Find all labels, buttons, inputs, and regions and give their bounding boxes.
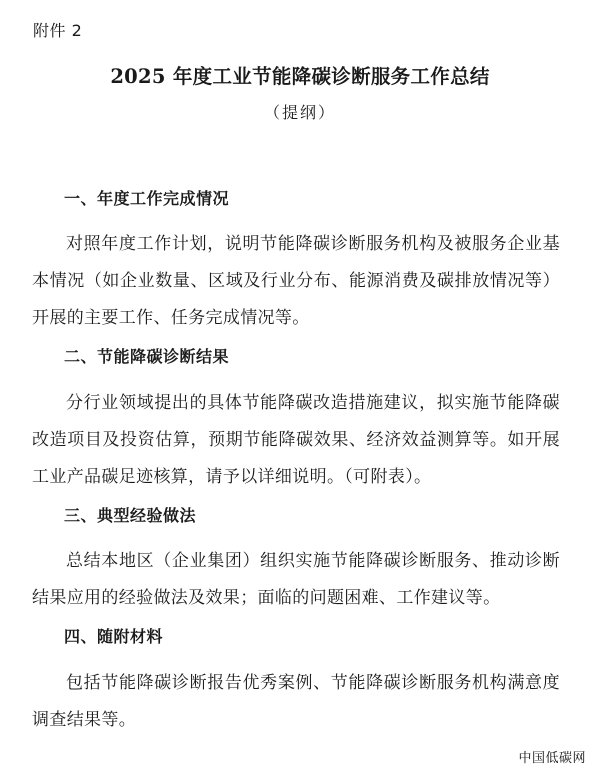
- section-heading: 一、年度工作完成情况: [64, 188, 229, 210]
- section-body: 总结本地区（企业集团）组织实施节能降碳诊断服务、推动诊断结果应用的经验做法及效果…: [32, 543, 560, 617]
- section-body: 包括节能降碳诊断报告优秀案例、节能降碳诊断服务机构满意度调查结果等。: [32, 665, 560, 739]
- site-watermark: 中国低碳网: [518, 750, 586, 768]
- document-subtitle: （提纲）: [0, 102, 600, 124]
- section-heading: 四、随附材料: [64, 626, 163, 648]
- section-body: 分行业领域提出的具体节能降碳改造措施建议，拟实施节能降碳改造项目及投资估算，预期…: [32, 385, 560, 496]
- document-title: 2025 年度工业节能降碳诊断服务工作总结: [0, 64, 600, 90]
- section-body: 对照年度工作计划，说明节能降碳诊断服务机构及被服务企业基本情况（如企业数量、区域…: [32, 226, 560, 337]
- section-heading: 三、典型经验做法: [64, 505, 196, 527]
- section-heading: 二、节能降碳诊断结果: [64, 346, 229, 368]
- attachment-label: 附件 2: [33, 20, 82, 42]
